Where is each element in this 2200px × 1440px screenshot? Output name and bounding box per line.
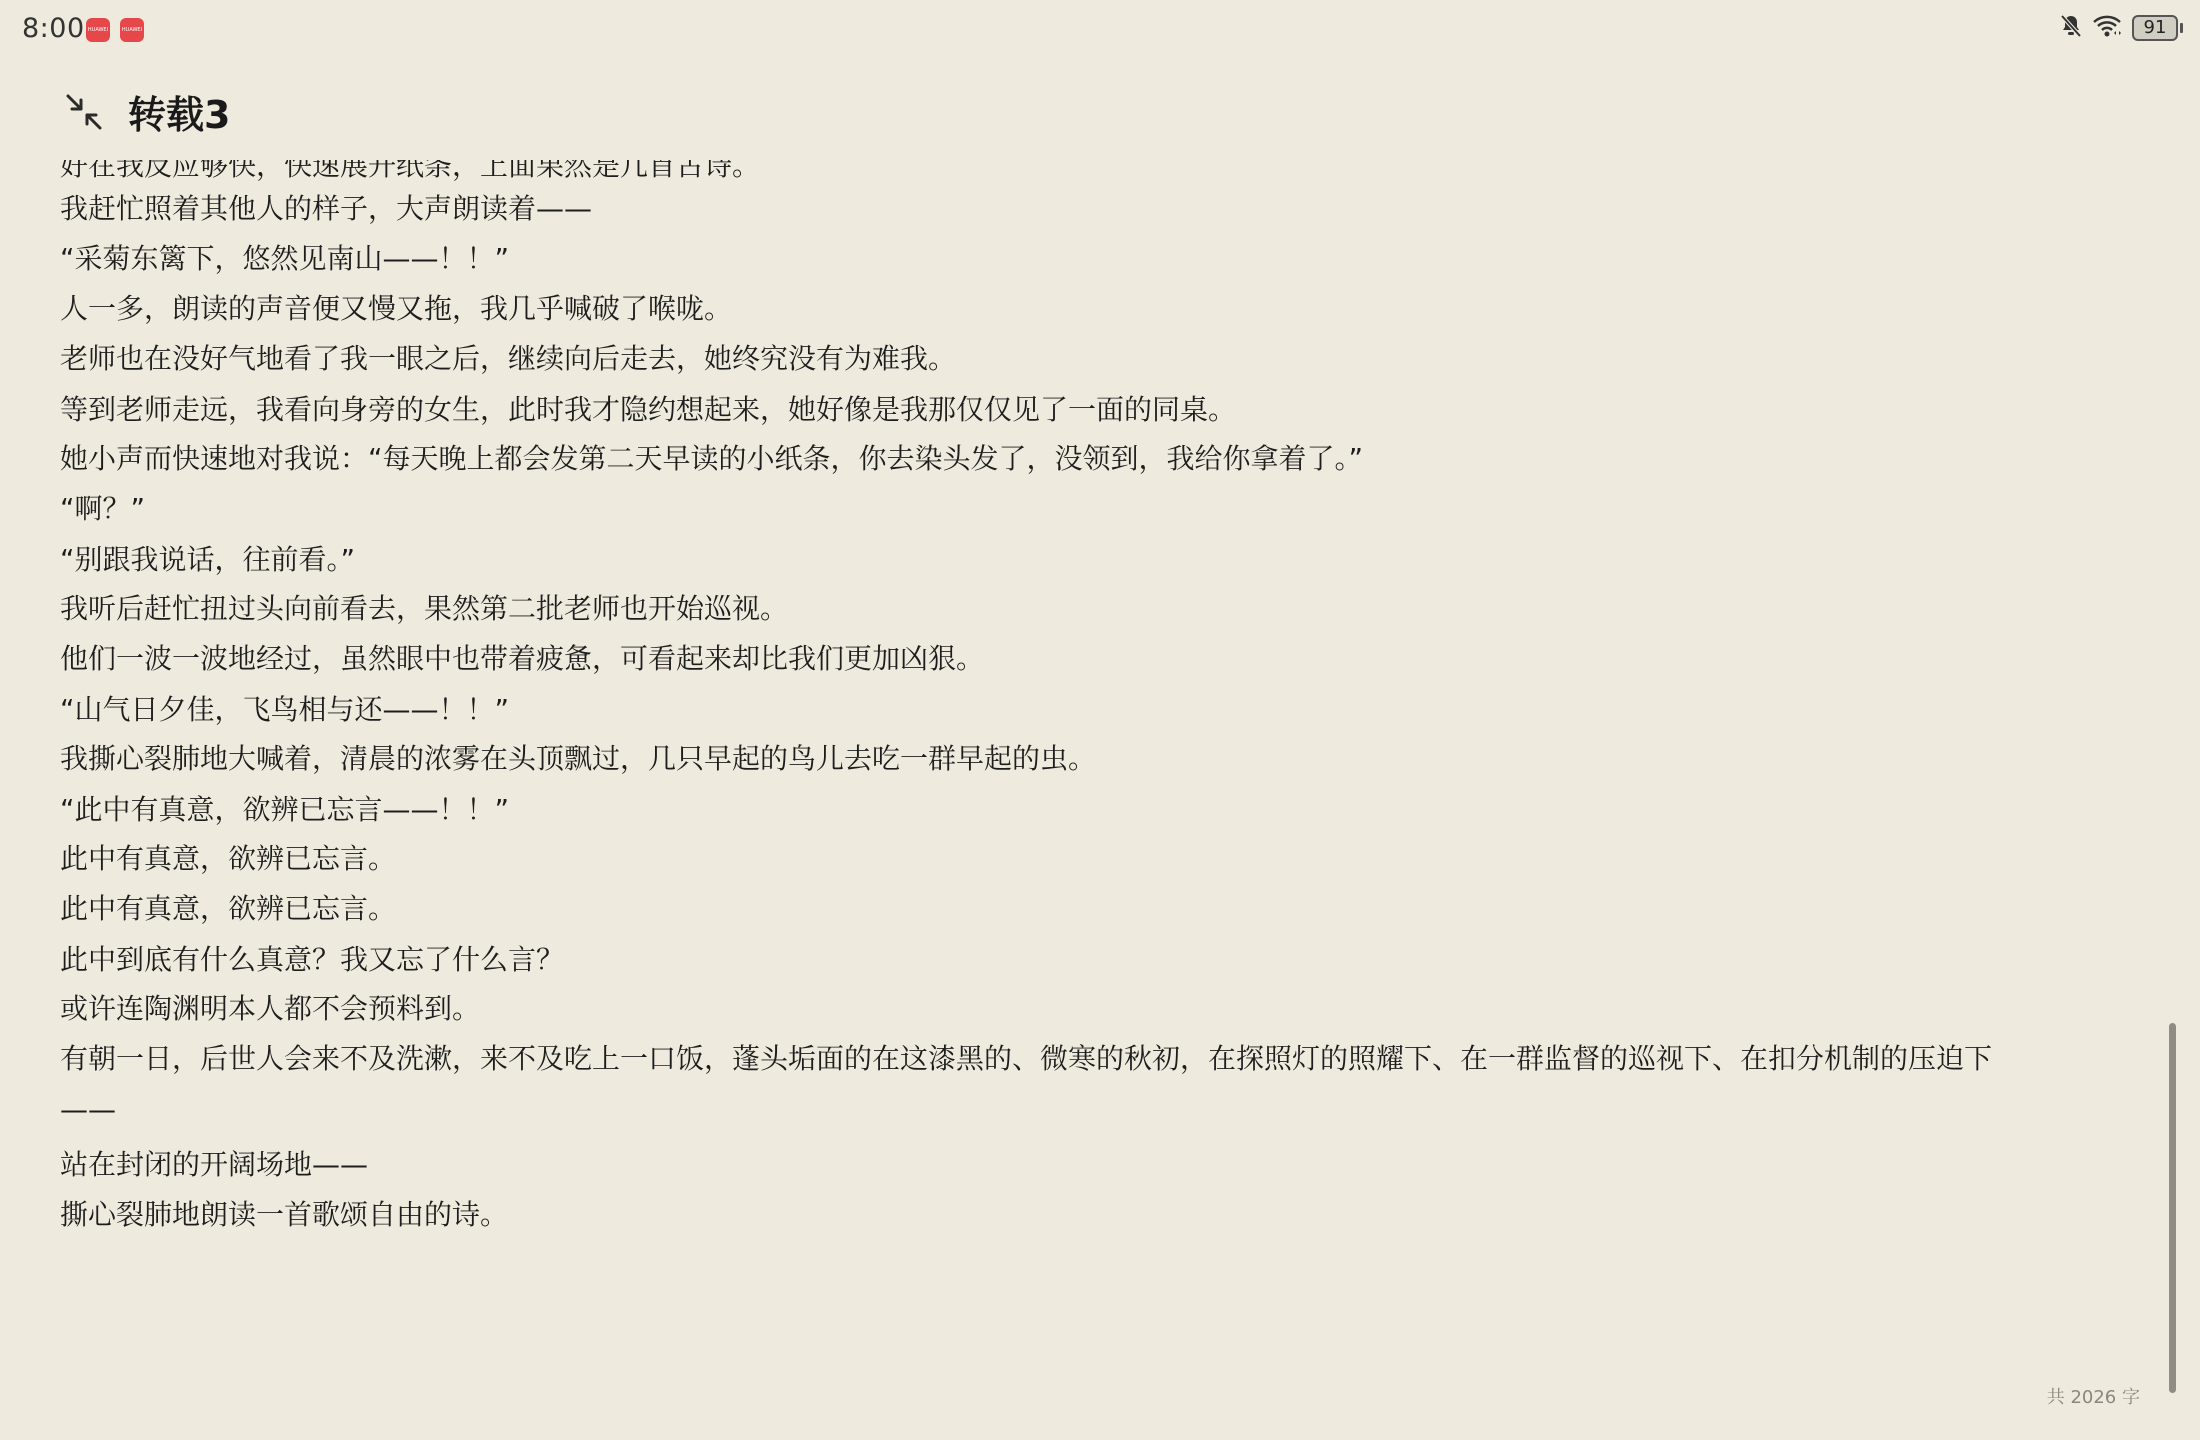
text-line: 我听后赶忙扭过头向前看去，果然第二批老师也开始巡视。 bbox=[60, 591, 788, 627]
text-line: 我赶忙照着其他人的样子，大声朗读着—— bbox=[60, 191, 592, 227]
text-line: 站在封闭的开阔场地—— bbox=[60, 1147, 368, 1183]
text-line: 此中到底有什么真意？我又忘了什么言？ bbox=[60, 942, 564, 978]
text-line: 人一多，朗读的声音便又慢又拖，我几乎喊破了喉咙。 bbox=[60, 291, 732, 327]
text-line: 我撕心裂肺地大喊着，清晨的浓雾在头顶飘过，几只早起的鸟儿去吃一群早起的虫。 bbox=[60, 741, 1096, 777]
vertical-scrollbar[interactable] bbox=[2169, 1023, 2176, 1393]
text-line: 或许连陶渊明本人都不会预料到。 bbox=[60, 991, 480, 1027]
text-line: 撕心裂肺地朗读一首歌颂自由的诗。 bbox=[60, 1197, 508, 1233]
note-body[interactable]: 好在我反应够快，快速展开纸条，上面果然是几首古诗。 我赶忙照着其他人的样子，大声… bbox=[0, 0, 2140, 1440]
note-title: 转载3 bbox=[128, 84, 230, 139]
app-header: 转载3 bbox=[0, 60, 2200, 160]
word-count: 共 2026 字 bbox=[2047, 1383, 2140, 1409]
text-line: “别跟我说话，往前看。” bbox=[60, 542, 355, 578]
text-line: 他们一波一波地经过，虽然眼中也带着疲惫，可看起来却比我们更加凶狠。 bbox=[60, 641, 984, 677]
text-line: 此中有真意，欲辨已忘言。 bbox=[60, 841, 396, 877]
text-line: 她小声而快速地对我说：“每天晚上都会发第二天早读的小纸条，你去染头发了，没领到，… bbox=[60, 441, 1363, 477]
text-line: 老师也在没好气地看了我一眼之后，继续向后走去，她终究没有为难我。 bbox=[60, 341, 956, 377]
text-line: “啊？” bbox=[60, 491, 145, 527]
collapse-icon[interactable] bbox=[62, 90, 106, 134]
text-line: 有朝一日，后世人会来不及洗漱，来不及吃上一口饭，蓬头垢面的在这漆黑的、微寒的秋初… bbox=[60, 1041, 1992, 1077]
text-line: “采菊东篱下，悠然见南山——！！” bbox=[60, 241, 509, 277]
text-line: —— bbox=[60, 1092, 116, 1128]
text-line: 等到老师走远，我看向身旁的女生，此时我才隐约想起来，她好像是我那仅仅见了一面的同… bbox=[60, 392, 1236, 428]
text-line: 此中有真意，欲辨已忘言。 bbox=[60, 891, 396, 927]
text-line: “山气日夕佳，飞鸟相与还——！！” bbox=[60, 692, 509, 728]
text-line: “此中有真意，欲辨已忘言——！！” bbox=[60, 792, 509, 828]
